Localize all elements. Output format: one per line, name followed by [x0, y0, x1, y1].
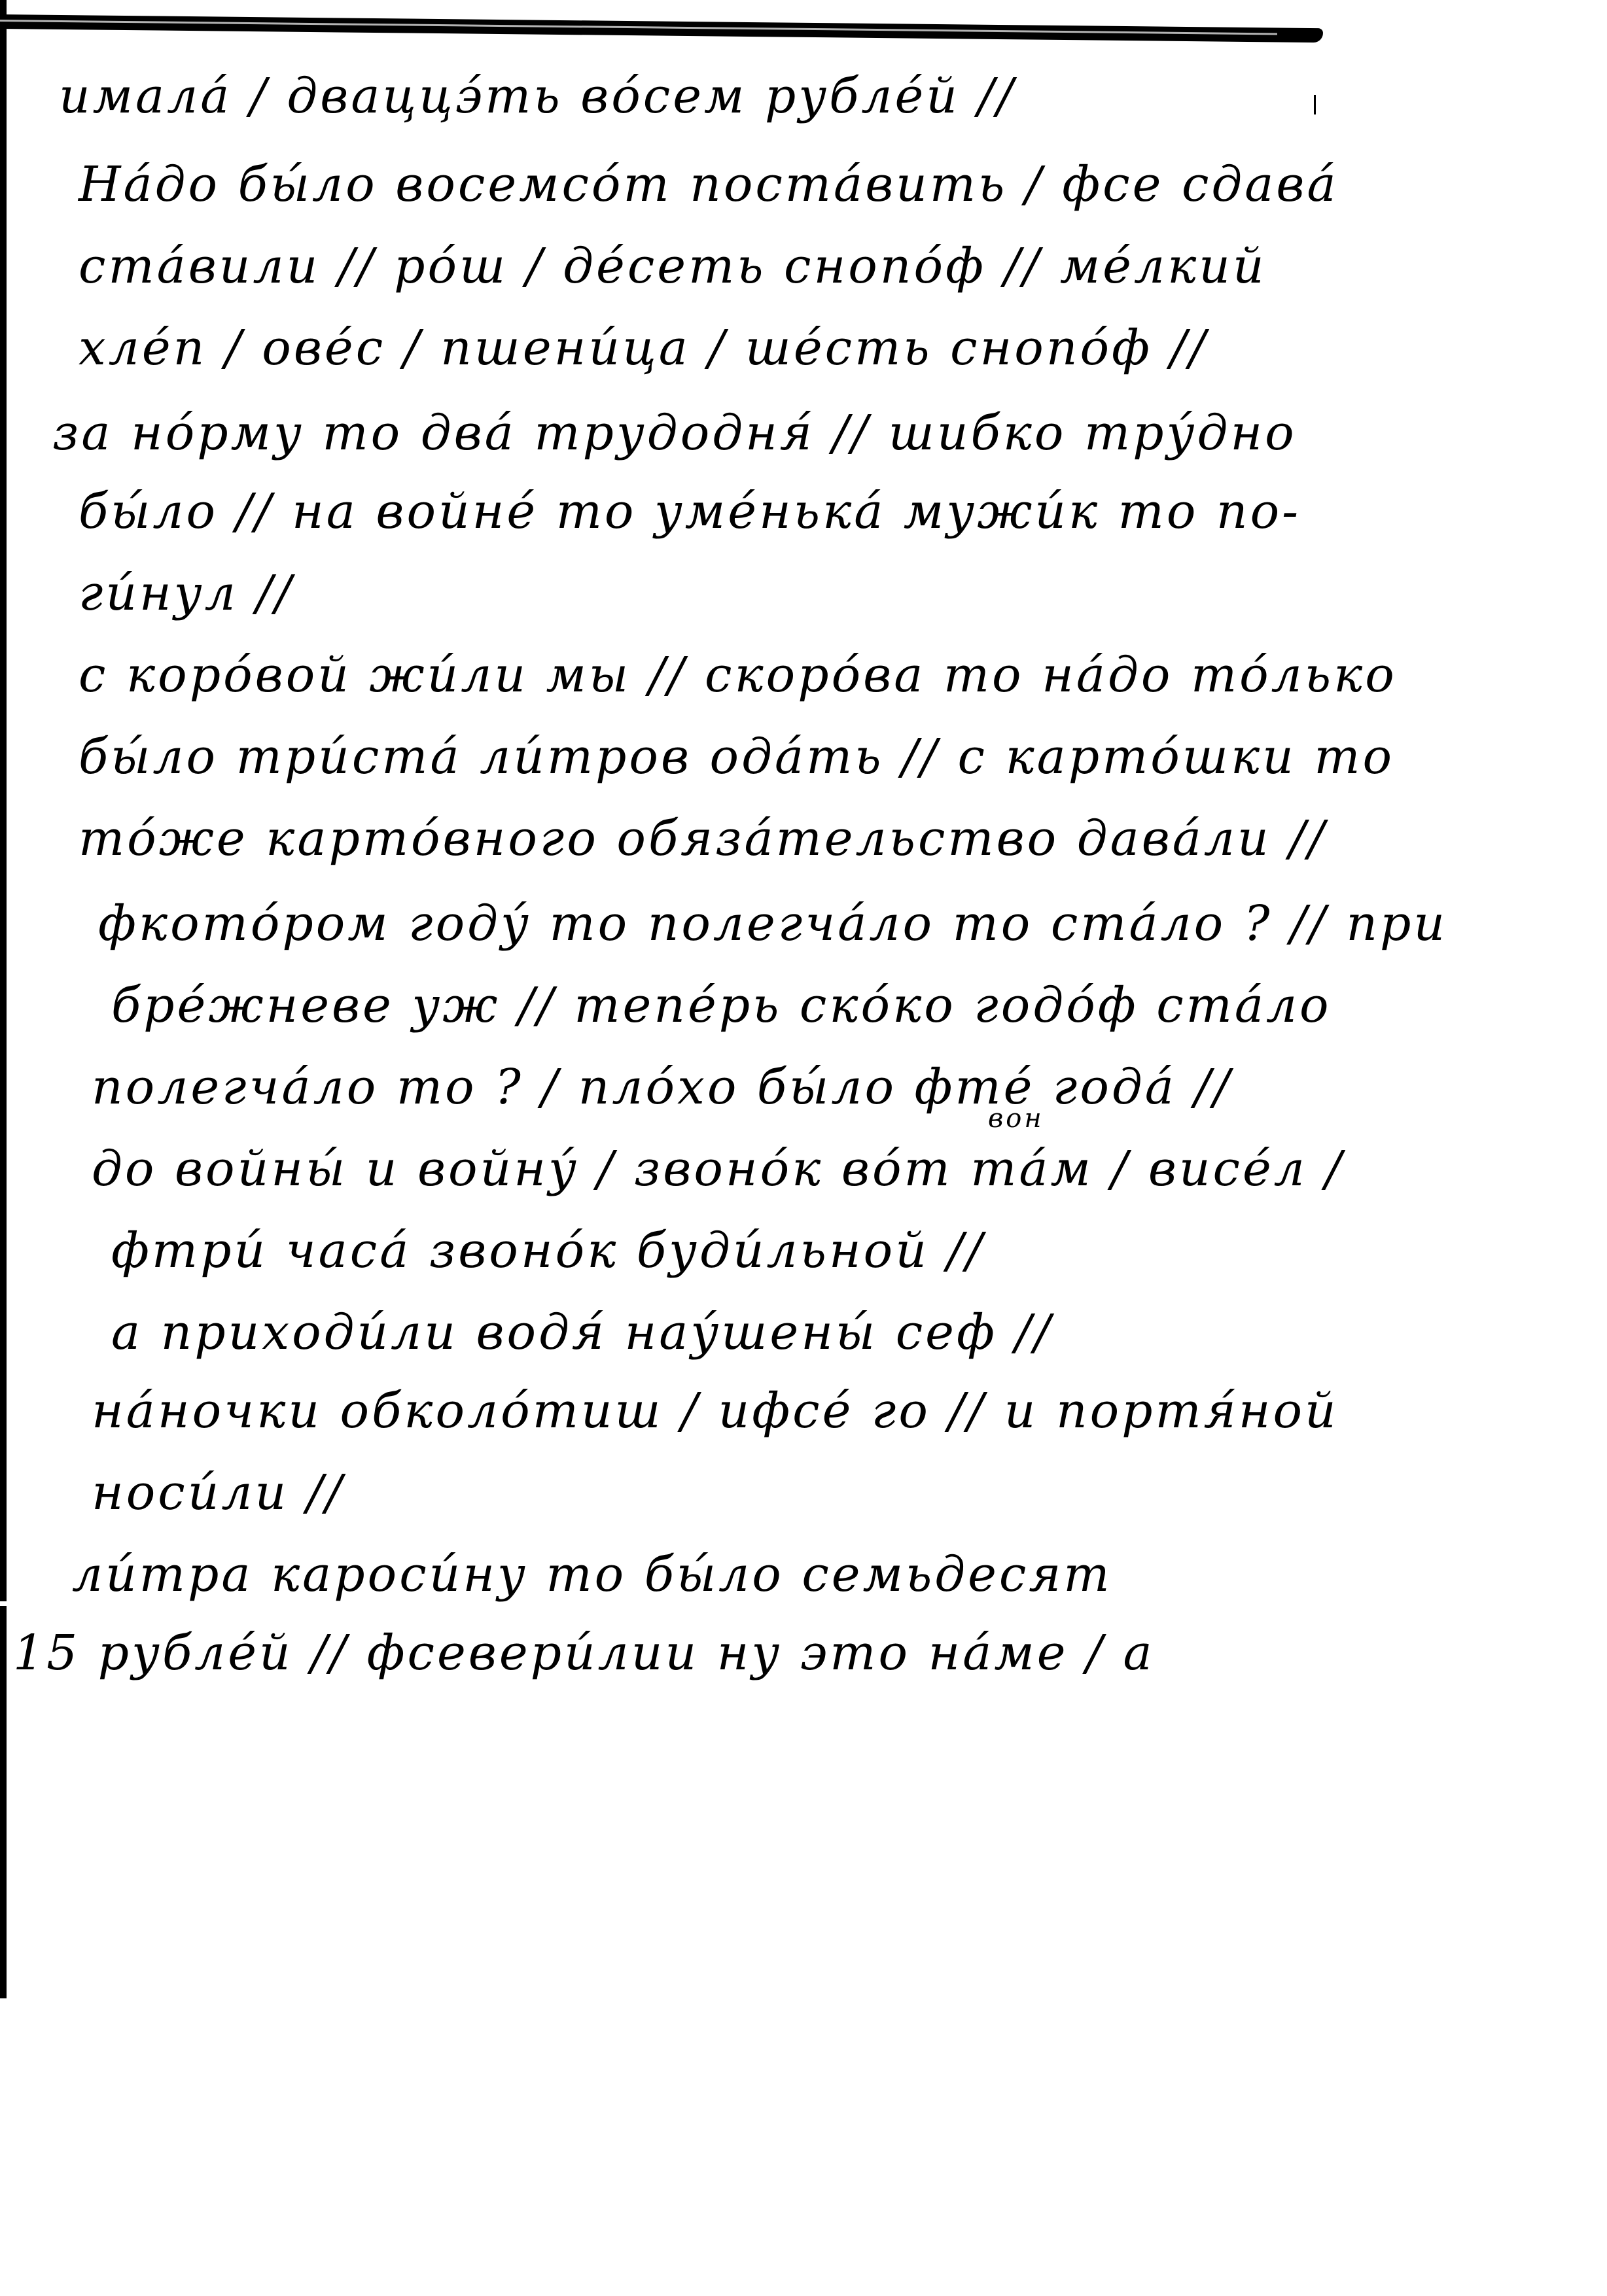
text-line: на́ночки обколо́тиш / ифсе́ го // и порт… [92, 1387, 1339, 1435]
text-line: за но́рму то два́ трудодня́ // шибко тру… [52, 409, 1297, 457]
text-line: хле́п / ове́с / пшени́ца / ше́сть снопо́… [79, 324, 1208, 372]
text-line: бы́ло // на войне́ то уме́нька́ мужи́к т… [79, 487, 1301, 536]
text-line: а приходи́ли водя́ нау́шены́ сеф // [111, 1308, 1053, 1357]
text-line: ста́вили // ро́ш / де́сеть снопо́ф // ме… [79, 242, 1267, 290]
text-line: бре́жневе уж // тепе́рь ско́ко годо́ф ст… [111, 981, 1332, 1030]
text-line: бы́ло три́ста́ ли́тров ода́ть // с карто… [79, 733, 1394, 781]
interlinear-annotation: вон [988, 1105, 1044, 1132]
text-line: На́до бы́ло восемсо́т поста́вить / фсе с… [79, 160, 1339, 209]
text-line: имала́ / дваццэ́ть во́сем рубле́й // [59, 72, 1015, 120]
text-line: с коро́вой жи́ли мы // скоро́ва то на́до… [79, 651, 1397, 699]
scan-left-border [0, 1606, 7, 1998]
text-line: фкото́ром году́ то полегча́ло то ста́ло … [98, 899, 1447, 948]
text-line: фтри́ часа́ звоно́к буди́льной // [111, 1226, 985, 1275]
text-line: то́же карто́вного обяза́тельство дава́ли… [79, 814, 1327, 863]
page-right-edge-mark [1314, 95, 1316, 114]
text-line: полегча́ло то ? / пло́хо бы́ло фте́ года… [92, 1063, 1232, 1111]
text-line: носи́ли // [92, 1469, 345, 1517]
text-line: до войны́ и войну́ / звоно́к во́т та́м /… [92, 1145, 1344, 1193]
text-line: ги́нул // [79, 569, 294, 617]
text-line: ли́тра кароси́ну то бы́ло семьдесят [72, 1550, 1112, 1599]
text-line: 15 рубле́й // фсевери́лии ну это на́ме /… [13, 1629, 1155, 1677]
